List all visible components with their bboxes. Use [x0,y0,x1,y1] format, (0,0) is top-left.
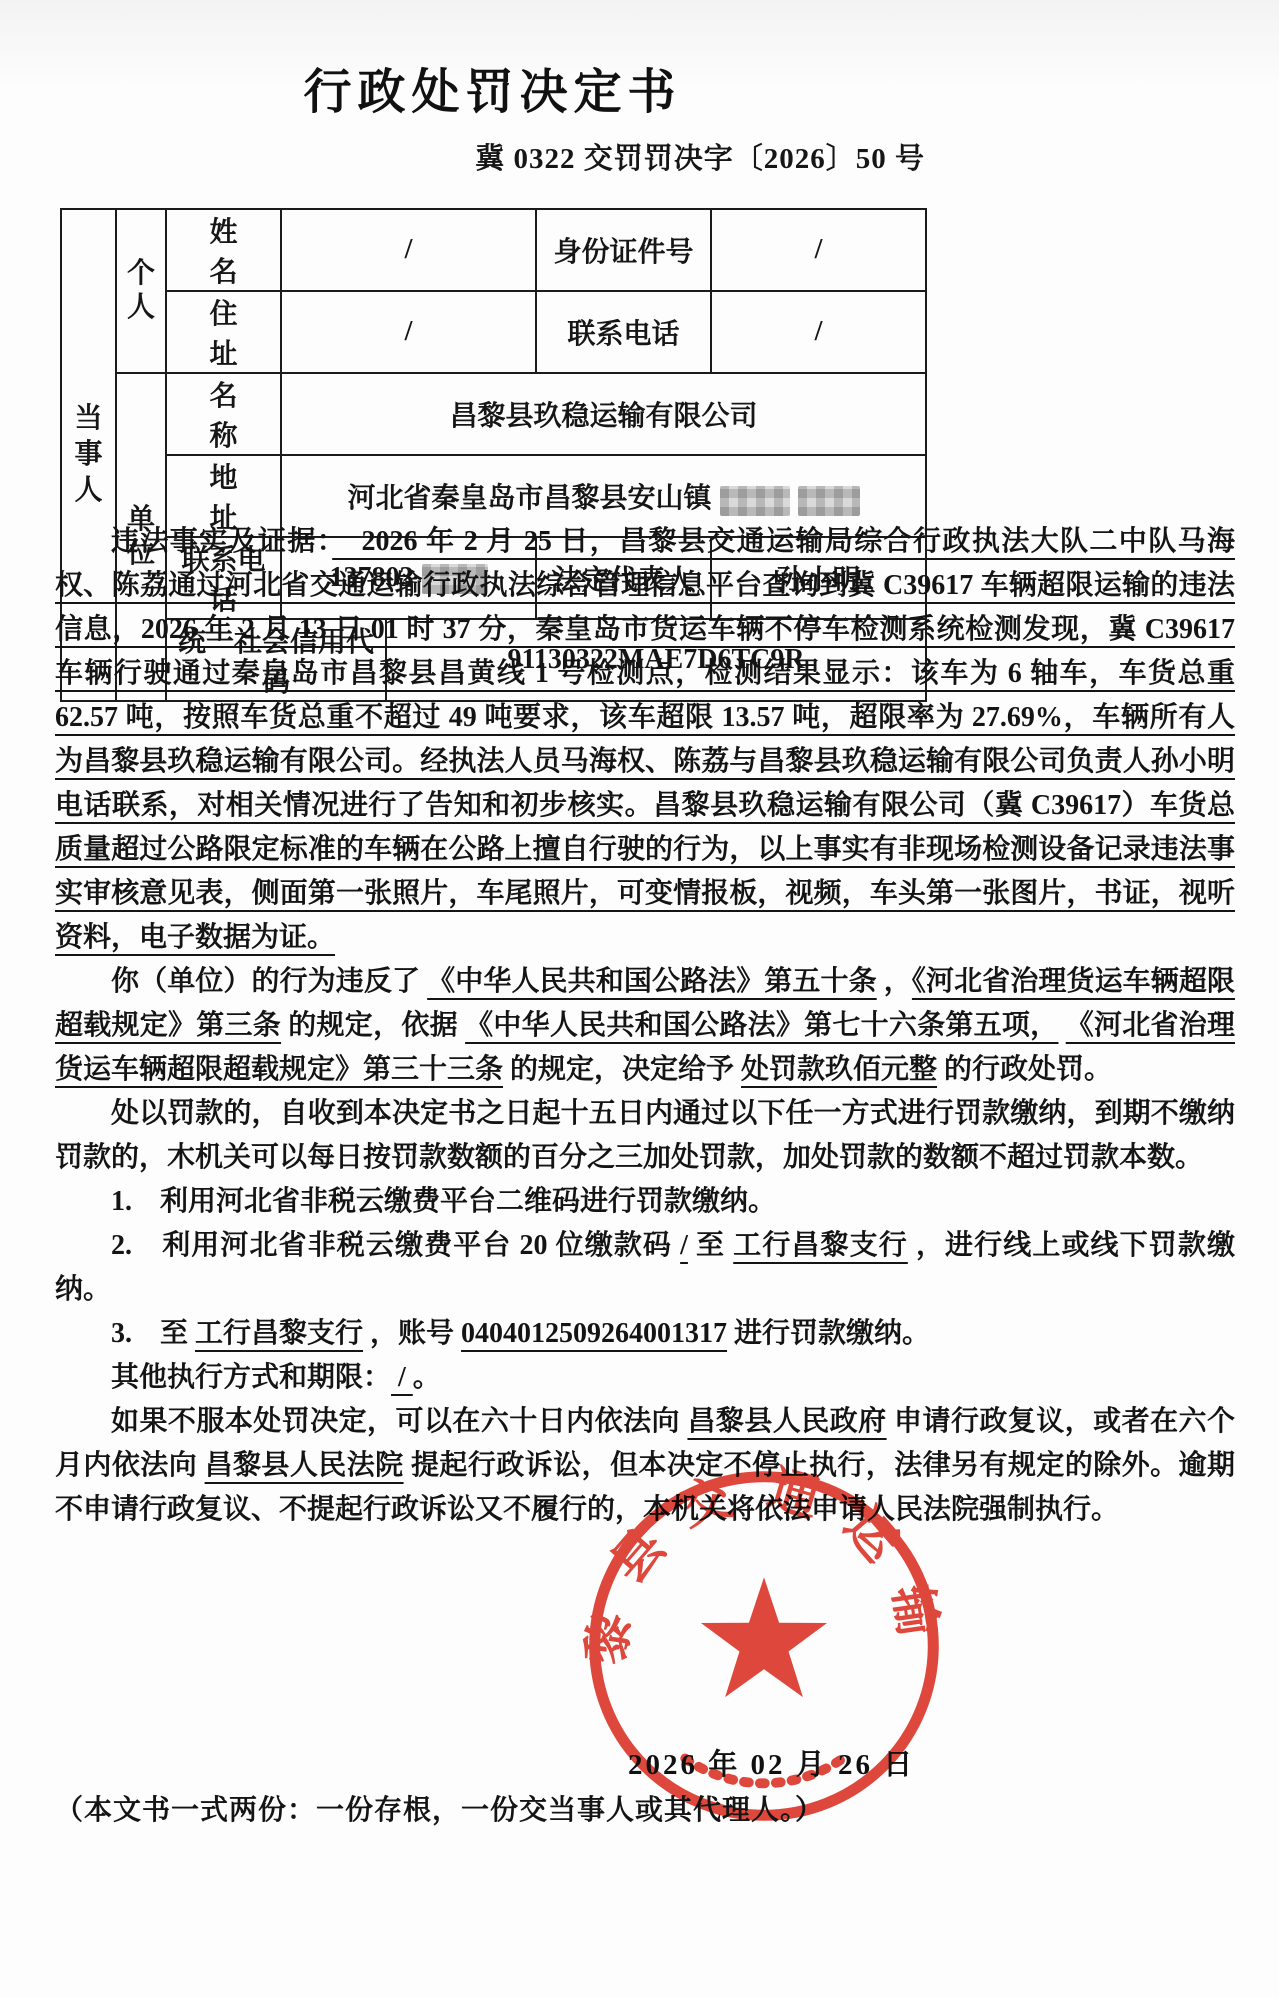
other-execution-paragraph: 其他执行方式和期限： / 。 [55,1356,1235,1400]
name-label: 姓 名 [166,209,281,291]
id-number-value: / [711,209,926,291]
text-segment: 如果不服本处罚决定，可以在六十日内依法向 [111,1406,687,1437]
document-number: 冀 0322 交罚罚决字〔2026〕50 号 [60,136,925,177]
redacted-block [798,486,860,516]
unit-name-value: 昌黎县玖稳运输有限公司 [281,373,926,455]
underlined-text-segment: / [391,1362,413,1393]
document-title: 行政处罚决定书 [60,64,925,122]
text-segment: 的行政处罚。 [937,1054,1112,1085]
underlined-text-segment: 2026 年 2 月 25 日，昌黎县交通运输局综合行政执法大队二中队马海权、陈… [55,526,1235,953]
underlined-text-segment: 工行昌黎支行 [195,1318,363,1349]
underlined-text-segment: 昌黎县人民法院 [205,1450,404,1481]
text-segment: 其他执行方式和期限： [111,1362,391,1393]
underlined-text-segment: / [680,1230,688,1261]
contact-phone-label: 联系电话 [536,291,711,373]
text-segment: 的规定，决定给予 [503,1054,741,1085]
underlined-text-segment: 0404012509264001317 [461,1318,727,1349]
text-segment: 的规定，依据 [281,1010,465,1041]
payment-method-item-3: 3. 至 工行昌黎支行 ，账号 0404012509264001317 进行罚款… [55,1312,1235,1356]
text-segment [1058,1010,1065,1041]
decision-date: 2026 年 02 月 26 日 [628,1742,915,1783]
facts-paragraph: 违法事实及证据： 2026 年 2 月 25 日，昌黎县交通运输局综合行政执法大… [55,520,1235,960]
underlined-text-segment: 昌黎县人民政府 [687,1406,886,1437]
table-row: 住 址 / 联系电话 / [61,291,926,373]
text-segment: 进行罚款缴纳。 [727,1318,930,1349]
unit-name-label: 名 称 [166,373,281,455]
address-value: / [281,291,536,373]
unit-address-text: 河北省秦皇岛市昌黎县安山镇 [347,483,711,514]
seal-star-icon [701,1577,827,1697]
text-segment: 3. 至 [111,1318,195,1349]
underlined-text-segment: 《中华人民共和国公路法》第七十六条第五项， [465,1010,1058,1041]
facts-text: 2026 年 2 月 25 日，昌黎县交通运输局综合行政执法大队二中队马海权、陈… [55,526,1235,953]
underlined-text-segment: 《中华人民共和国公路法》第五十条 [427,966,877,997]
id-number-label: 身份证件号 [536,209,711,291]
underlined-text-segment: 工行昌黎支行 [733,1230,908,1261]
text-segment: ， [877,966,912,997]
individual-group-cell: 个人 [116,209,166,373]
violation-paragraph: 你（单位）的行为违反了 《中华人民共和国公路法》第五十条 ，《河北省治理货运车辆… [55,960,1235,1092]
contact-phone-value: / [711,291,926,373]
document-body: 违法事实及证据： 2026 年 2 月 25 日，昌黎县交通运输局综合行政执法大… [55,520,1235,1532]
text-segment: 。 [413,1362,441,1393]
redacted-block [720,486,790,516]
penalty-decision-document: 行政处罚决定书 冀 0322 交罚罚决字〔2026〕50 号 当事人 个人 姓 … [0,0,1279,1997]
table-row: 单位 名 称 昌黎县玖稳运输有限公司 [61,373,926,455]
underlined-text-segment: 处罚款玖佰元整 [741,1054,937,1085]
text-segment: 1. 利用河北省非税云缴费平台二维码进行罚款缴纳。 [111,1186,776,1217]
copies-note: （本文书一式两份：一份存根，一份交当事人或其代理人。） [55,1788,824,1828]
address-label: 住 址 [166,291,281,373]
facts-label: 违法事实及证据： [111,526,332,557]
payment-method-item-2: 2. 利用河北省非税云缴费平台 20 位缴款码 / 至 工行昌黎支行 ，进行线上… [55,1224,1235,1312]
payment-intro-paragraph: 处以罚款的，自收到本决定书之日起十五日内通过以下任一方式进行罚款缴纳，到期不缴纳… [55,1092,1235,1180]
text-segment: ，账号 [363,1318,461,1349]
text-segment: 至 [688,1230,733,1261]
name-value: / [281,209,536,291]
text-segment: 你（单位）的行为违反了 [111,966,427,997]
table-row: 当事人 个人 姓 名 / 身份证件号 / [61,209,926,291]
document-header: 行政处罚决定书 冀 0322 交罚罚决字〔2026〕50 号 [60,64,925,177]
text-segment: 2. 利用河北省非税云缴费平台 20 位缴款码 [111,1230,680,1261]
payment-method-item-1: 1. 利用河北省非税云缴费平台二维码进行罚款缴纳。 [55,1180,1235,1224]
